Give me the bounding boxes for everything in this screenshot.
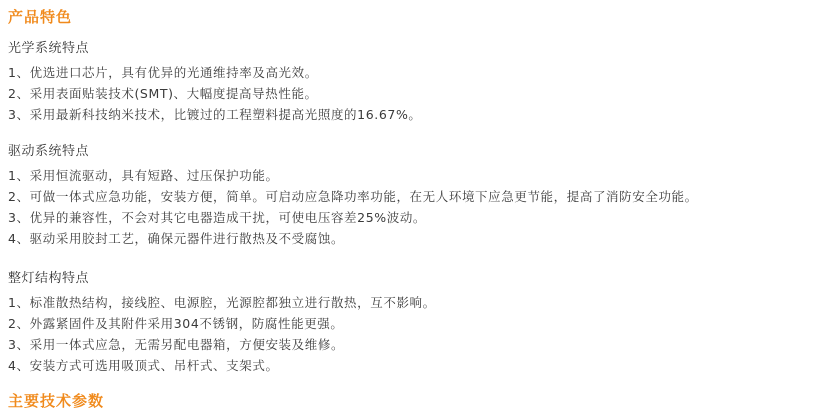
list-item: 3、优异的兼容性，不会对其它电器造成干扰，可使电压容差25%波动。 [8, 208, 426, 226]
list-item: 3、采用一体式应急，无需另配电器箱，方便安装及维修。 [8, 335, 344, 353]
list-item: 2、可做一体式应急功能，安装方便，简单。可启动应急降功率功能，在无人环境下应急更… [8, 187, 698, 205]
section-title-features: 产品特色 [8, 6, 72, 27]
list-item: 4、驱动采用胶封工艺，确保元器件进行散热及不受腐蚀。 [8, 229, 344, 247]
subsection-title-structure: 整灯结构特点 [8, 267, 89, 286]
list-item: 4、安装方式可选用吸顶式、吊杆式、支架式。 [8, 356, 279, 374]
section-title-specs: 主要技术参数 [8, 390, 104, 411]
list-item: 2、外露紧固件及其附件采用304不锈钢，防腐性能更强。 [8, 314, 344, 332]
list-item: 3、采用最新科技纳米技术，比镀过的工程塑料提高光照度的16.67%。 [8, 105, 422, 123]
product-page: 产品特色 光学系统特点 1、优选进口芯片，具有优异的光通维持率及高光效。 2、采… [0, 0, 819, 417]
list-item: 1、优选进口芯片，具有优异的光通维持率及高光效。 [8, 63, 318, 81]
list-item: 2、采用表面贴装技术(SMT)、大幅度提高导热性能。 [8, 84, 318, 102]
subsection-title-drive: 驱动系统特点 [8, 140, 89, 159]
subsection-title-optical: 光学系统特点 [8, 37, 89, 56]
list-item: 1、标准散热结构，接线腔、电源腔，光源腔都独立进行散热，互不影响。 [8, 293, 436, 311]
list-item: 1、采用恒流驱动，具有短路、过压保护功能。 [8, 166, 279, 184]
